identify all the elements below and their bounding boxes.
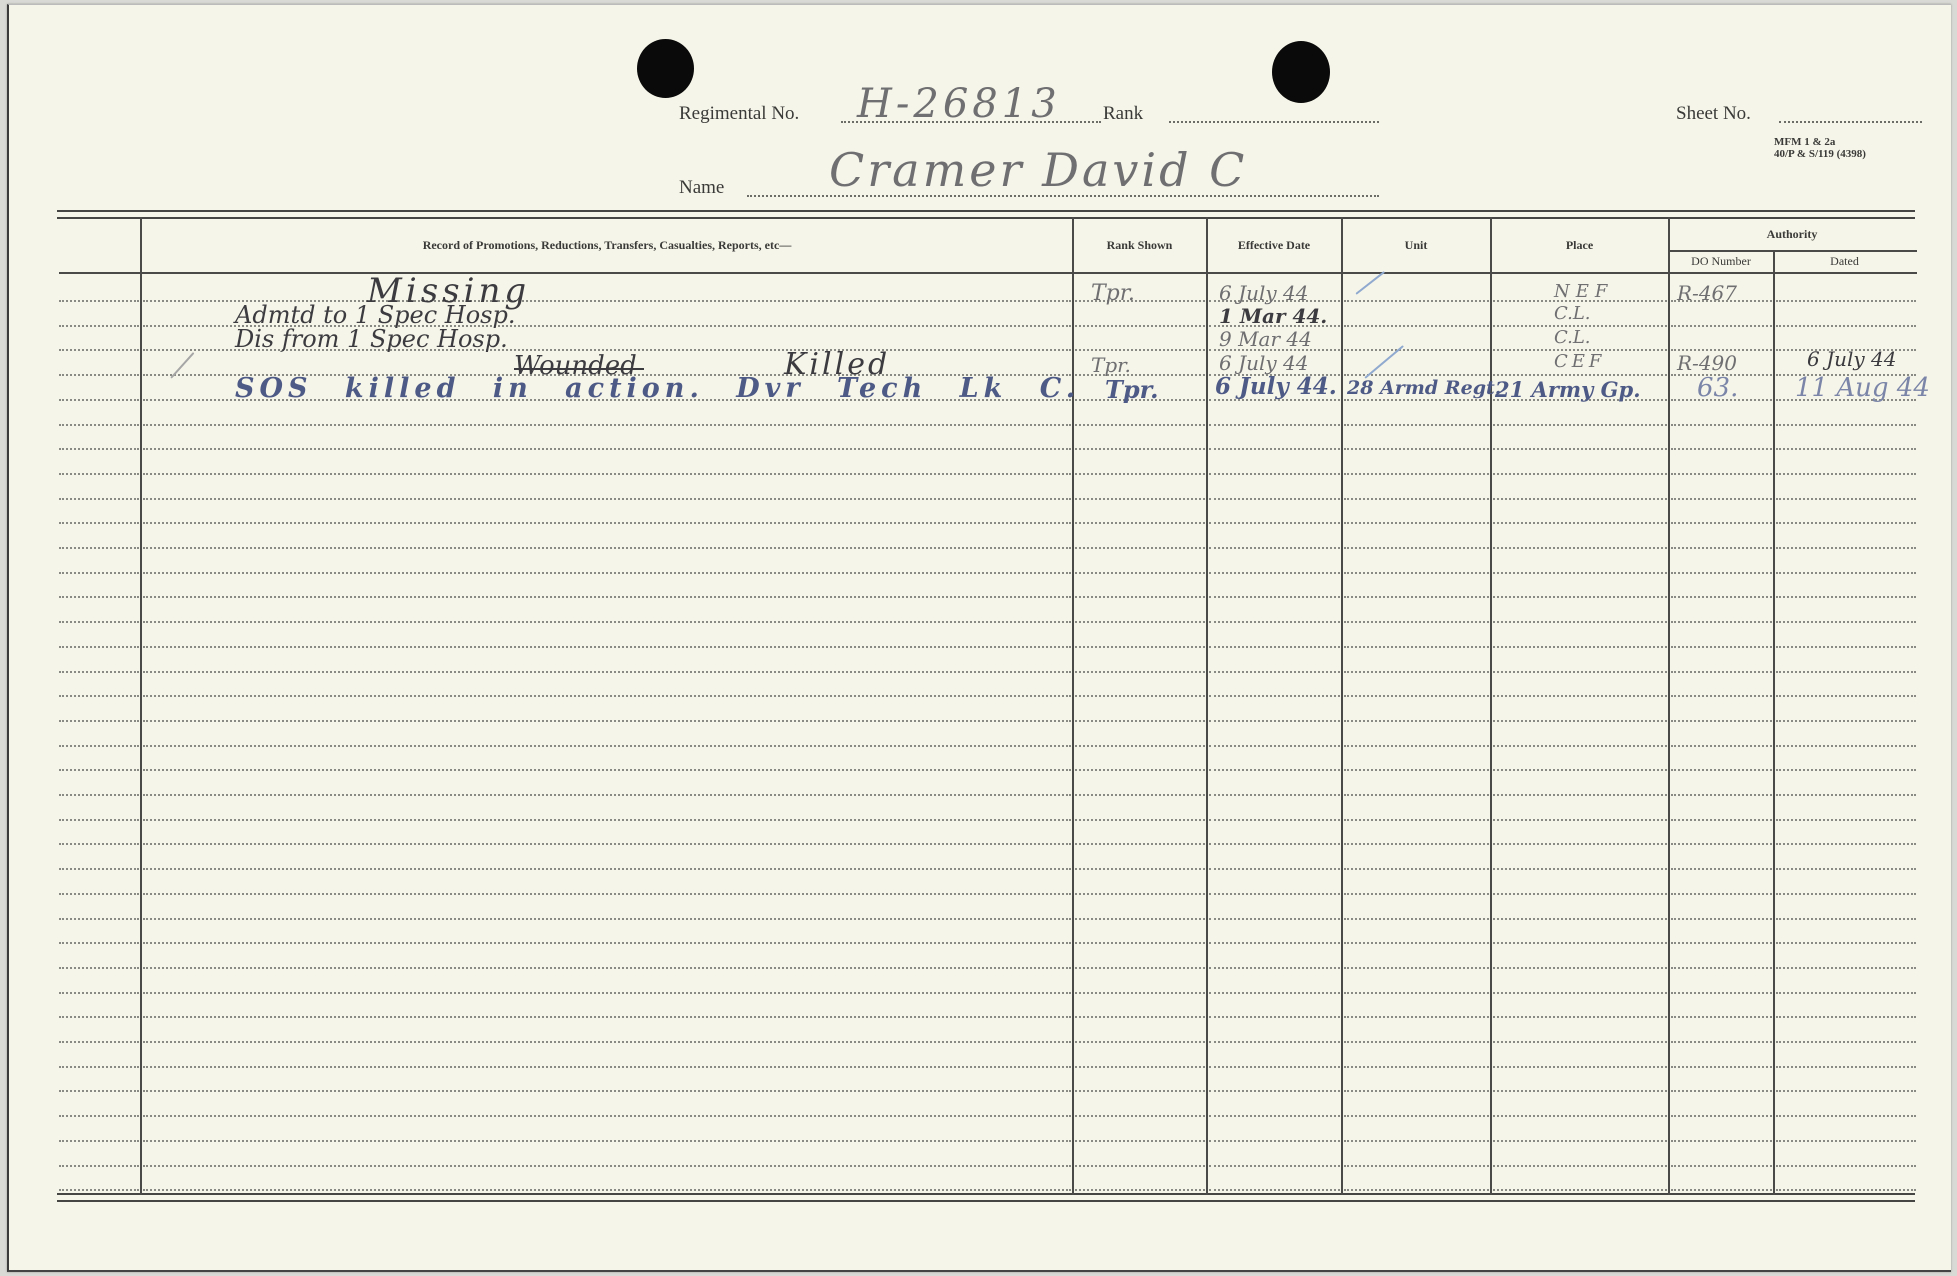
ruled-line	[143, 942, 1071, 944]
ruled-line	[1075, 1066, 1205, 1068]
ruled-line	[1493, 1041, 1667, 1043]
ruled-line	[59, 572, 139, 574]
ruled-line	[1075, 1041, 1205, 1043]
ruled-line	[1075, 646, 1205, 648]
ruled-line	[1776, 448, 1916, 450]
ruled-line	[143, 1090, 1071, 1092]
ruled-line	[1493, 1066, 1667, 1068]
ruled-line	[1209, 1016, 1340, 1018]
ruled-line	[143, 918, 1071, 920]
ruled-line	[1776, 1041, 1916, 1043]
ruled-line	[1671, 621, 1772, 623]
ruled-line	[1209, 522, 1340, 524]
ruled-line	[1493, 473, 1667, 475]
ruled-line	[1344, 868, 1489, 870]
ruled-line	[1493, 522, 1667, 524]
ruled-line	[1344, 572, 1489, 574]
ruled-line	[1671, 1066, 1772, 1068]
col-divider-unit	[1490, 217, 1492, 1195]
ruled-line	[1344, 794, 1489, 796]
col-header-do-number: DO Number	[1669, 254, 1773, 269]
ruled-line	[1671, 646, 1772, 648]
ruled-line	[1209, 868, 1340, 870]
ruled-line	[1075, 596, 1205, 598]
ruled-line	[1493, 596, 1667, 598]
ruled-line	[1209, 1165, 1340, 1167]
ruled-line	[1776, 769, 1916, 771]
ruled-line	[1493, 547, 1667, 549]
entry-5-place: 21 Army Gp.	[1495, 377, 1641, 402]
ruled-line	[1075, 349, 1205, 351]
entry-1-do-number: R-467	[1677, 281, 1737, 305]
entry-5-dated: 11 Aug 44	[1795, 373, 1930, 403]
ruled-line	[1493, 967, 1667, 969]
ruled-line	[143, 695, 1071, 697]
ruled-line	[1776, 893, 1916, 895]
entry-3-place: C.L.	[1554, 327, 1591, 348]
ruled-line	[1493, 794, 1667, 796]
ruled-line	[1671, 769, 1772, 771]
punch-hole-right	[1272, 41, 1330, 103]
ruled-line	[59, 1016, 139, 1018]
table-top-rule	[57, 210, 1915, 219]
ruled-line	[143, 819, 1071, 821]
ruled-line	[1493, 424, 1667, 426]
ruled-line	[1493, 893, 1667, 895]
ruled-line	[1493, 1165, 1667, 1167]
ruled-line	[59, 1115, 139, 1117]
ruled-line	[1209, 745, 1340, 747]
ruled-line	[1075, 1016, 1205, 1018]
ruled-line	[1493, 374, 1667, 376]
ruled-line	[143, 868, 1071, 870]
ruled-line	[1344, 992, 1489, 994]
ruled-line	[1344, 498, 1489, 500]
ruled-line	[1209, 893, 1340, 895]
entry-5-date: 6 July 44.	[1215, 373, 1337, 400]
ruled-line	[1671, 720, 1772, 722]
ruled-line	[1075, 745, 1205, 747]
ruled-line	[143, 1066, 1071, 1068]
ruled-line	[1776, 1140, 1916, 1142]
ruled-line	[1075, 671, 1205, 673]
ruled-line	[1209, 473, 1340, 475]
ruled-line	[59, 646, 139, 648]
ruled-line	[1671, 868, 1772, 870]
ruled-line	[1075, 424, 1205, 426]
ruled-line	[1776, 671, 1916, 673]
header-bottom-rule	[59, 272, 1917, 274]
ruled-line	[143, 572, 1071, 574]
ruled-line	[1075, 498, 1205, 500]
ruled-line	[1671, 794, 1772, 796]
ruled-line	[1776, 819, 1916, 821]
ruled-line	[59, 843, 139, 845]
ruled-line	[1776, 325, 1916, 327]
ruled-line	[59, 1066, 139, 1068]
ruled-line	[59, 992, 139, 994]
ruled-line	[59, 374, 139, 376]
ruled-line	[1344, 843, 1489, 845]
col-header-unit: Unit	[1342, 238, 1490, 253]
ruled-line	[1209, 448, 1340, 450]
form-code-line1: MFM 1 & 2a	[1774, 136, 1866, 148]
ruled-line	[1075, 720, 1205, 722]
col-header-place: Place	[1491, 238, 1668, 253]
ruled-line	[1075, 918, 1205, 920]
ruled-line	[1344, 942, 1489, 944]
sheet-no-field	[1779, 121, 1922, 123]
entry-4-do-number: R-490	[1677, 351, 1737, 375]
ruled-line	[1776, 1189, 1916, 1191]
ruled-line	[1493, 918, 1667, 920]
ruled-line	[1344, 1090, 1489, 1092]
ruled-line	[1209, 547, 1340, 549]
ruled-line	[1671, 992, 1772, 994]
ruled-line	[143, 473, 1071, 475]
ruled-line	[1209, 1090, 1340, 1092]
ruled-line	[1671, 893, 1772, 895]
ruled-line	[1209, 992, 1340, 994]
ruled-line	[1671, 942, 1772, 944]
ruled-line	[59, 794, 139, 796]
ruled-line	[59, 473, 139, 475]
ruled-line	[59, 745, 139, 747]
ruled-line	[1344, 695, 1489, 697]
ruled-line	[1344, 473, 1489, 475]
ruled-line	[59, 498, 139, 500]
entry-5-do-number: 63.	[1697, 373, 1738, 403]
ruled-line	[1776, 300, 1916, 302]
col-header-dated: Dated	[1774, 254, 1915, 269]
ruled-line	[1075, 1140, 1205, 1142]
ruled-line	[1671, 448, 1772, 450]
ruled-line	[1776, 794, 1916, 796]
entry-4-date: 6 July 44	[1219, 351, 1308, 375]
ruled-line	[143, 1165, 1071, 1167]
name-value: Cramer David C	[829, 143, 1247, 197]
rank-field	[1169, 121, 1379, 123]
ruled-line	[1776, 522, 1916, 524]
ruled-line	[1493, 621, 1667, 623]
ruled-line	[1671, 1090, 1772, 1092]
ruled-line	[59, 399, 139, 401]
col-divider-do-number	[1773, 251, 1775, 1195]
ruled-line	[1776, 498, 1916, 500]
col-header-rank-shown: Rank Shown	[1073, 238, 1206, 253]
ruled-line	[1075, 448, 1205, 450]
ruled-line	[1209, 794, 1340, 796]
col-header-authority: Authority	[1669, 227, 1915, 242]
col-header-effective-date: Effective Date	[1207, 238, 1341, 253]
ruled-line	[59, 424, 139, 426]
ruled-line	[1209, 596, 1340, 598]
ruled-line	[59, 769, 139, 771]
ruled-line	[59, 448, 139, 450]
service-record-card: Regimental No. H-26813 Rank Name Cramer …	[7, 4, 1951, 1272]
ruled-line	[1209, 769, 1340, 771]
ruled-line	[1671, 1115, 1772, 1117]
ruled-line	[59, 942, 139, 944]
ruled-line	[1493, 572, 1667, 574]
ruled-line	[1075, 473, 1205, 475]
ruled-line	[1344, 1140, 1489, 1142]
ruled-line	[1344, 522, 1489, 524]
ruled-line	[1671, 843, 1772, 845]
ruled-line	[1344, 1041, 1489, 1043]
ruled-line	[1344, 819, 1489, 821]
entry-2-place: C.L.	[1554, 303, 1591, 324]
ruled-line	[1776, 695, 1916, 697]
entry-1-place: NEF	[1554, 281, 1613, 302]
ruled-line	[1075, 942, 1205, 944]
ruled-line	[1493, 942, 1667, 944]
ruled-line	[143, 1041, 1071, 1043]
ruled-line	[59, 349, 139, 351]
ruled-line	[1344, 1165, 1489, 1167]
entry-3-record: Dis from 1 Spec Hosp.	[235, 325, 508, 353]
ruled-line	[59, 1140, 139, 1142]
ruled-line	[59, 325, 139, 327]
ruled-line	[143, 671, 1071, 673]
ruled-line	[1493, 1140, 1667, 1142]
ruled-line	[1493, 1189, 1667, 1191]
ruled-line	[1671, 1016, 1772, 1018]
ruled-line	[1671, 325, 1772, 327]
ruled-line	[1209, 1066, 1340, 1068]
ruled-line	[1776, 720, 1916, 722]
ruled-line	[59, 868, 139, 870]
ruled-line	[1776, 1115, 1916, 1117]
punch-hole-left	[637, 39, 694, 98]
ruled-line	[59, 300, 139, 302]
entry-3-date: 9 Mar 44	[1219, 327, 1312, 351]
ruled-line	[1776, 992, 1916, 994]
entry-1-rank: Tpr.	[1091, 281, 1135, 306]
ruled-line	[1075, 1115, 1205, 1117]
ruled-line	[1493, 1115, 1667, 1117]
ruled-line	[1344, 448, 1489, 450]
ruled-line	[1344, 720, 1489, 722]
ruled-line	[1344, 769, 1489, 771]
ruled-line	[59, 621, 139, 623]
ruled-line	[1776, 473, 1916, 475]
entry-5-unit: 28 Armd Regt.	[1347, 377, 1501, 399]
ruled-line	[1776, 621, 1916, 623]
ruled-line	[1776, 942, 1916, 944]
ruled-line	[1075, 1165, 1205, 1167]
ruled-line	[143, 1140, 1071, 1142]
regimental-no-label: Regimental No.	[679, 103, 799, 125]
ruled-line	[1209, 1140, 1340, 1142]
ruled-line	[1776, 967, 1916, 969]
ruled-line	[143, 893, 1071, 895]
ruled-line	[1344, 300, 1489, 302]
ruled-line	[1075, 992, 1205, 994]
ruled-line	[1671, 522, 1772, 524]
ruled-line	[143, 720, 1071, 722]
ruled-line	[1344, 424, 1489, 426]
ruled-line	[1344, 547, 1489, 549]
ruled-line	[1493, 720, 1667, 722]
ruled-line	[1209, 1041, 1340, 1043]
entry-4-dated: 6 July 44	[1807, 347, 1896, 371]
ruled-line	[59, 1090, 139, 1092]
entry-4-place: CEF	[1554, 351, 1605, 372]
name-label: Name	[679, 177, 724, 199]
ruled-line	[59, 547, 139, 549]
ruled-line	[1209, 967, 1340, 969]
ruled-line	[1075, 547, 1205, 549]
ruled-line	[1075, 1189, 1205, 1191]
ruled-line	[1075, 325, 1205, 327]
ruled-line	[1209, 942, 1340, 944]
ruled-line	[1671, 498, 1772, 500]
ruled-line	[1671, 1041, 1772, 1043]
ruled-line	[1493, 868, 1667, 870]
ruled-line	[1493, 646, 1667, 648]
ruled-line	[59, 893, 139, 895]
ruled-line	[1493, 448, 1667, 450]
ruled-line	[143, 522, 1071, 524]
ruled-line	[1671, 1189, 1772, 1191]
ruled-line	[59, 1041, 139, 1043]
ruled-line	[1075, 572, 1205, 574]
ruled-line	[1671, 967, 1772, 969]
ruled-line	[143, 1016, 1071, 1018]
ruled-line	[1671, 918, 1772, 920]
ruled-line	[1344, 596, 1489, 598]
ruled-line	[1344, 1016, 1489, 1018]
ruled-line	[1344, 1115, 1489, 1117]
ruled-line	[1075, 794, 1205, 796]
ruled-line	[1671, 424, 1772, 426]
ruled-line	[1344, 745, 1489, 747]
ruled-line	[1776, 1016, 1916, 1018]
ruled-line	[143, 769, 1071, 771]
ruled-line	[59, 522, 139, 524]
ruled-line	[1344, 325, 1489, 327]
ruled-line	[1075, 843, 1205, 845]
form-code-line2: 40/P & S/119 (4398)	[1774, 148, 1866, 160]
rank-label: Rank	[1103, 103, 1143, 125]
ruled-line	[143, 992, 1071, 994]
ruled-line	[143, 424, 1071, 426]
ruled-line	[1344, 621, 1489, 623]
ruled-line	[59, 695, 139, 697]
ruled-line	[1776, 596, 1916, 598]
ruled-line	[1493, 498, 1667, 500]
ruled-line	[143, 745, 1071, 747]
ruled-line	[1209, 1115, 1340, 1117]
ruled-line	[1075, 868, 1205, 870]
ruled-line	[143, 596, 1071, 598]
ruled-line	[1209, 720, 1340, 722]
col-header-record: Record of Promotions, Reductions, Transf…	[142, 238, 1072, 253]
col-divider-date	[1341, 217, 1343, 1195]
ruled-line	[1344, 646, 1489, 648]
ruled-line	[1776, 1090, 1916, 1092]
ruled-line	[59, 596, 139, 598]
ruled-line	[1493, 1016, 1667, 1018]
ruled-line	[1344, 671, 1489, 673]
ruled-line	[1075, 1090, 1205, 1092]
entry-1-date: 6 July 44	[1219, 281, 1308, 305]
ruled-line	[1344, 893, 1489, 895]
ruled-line	[59, 671, 139, 673]
ruled-line	[59, 819, 139, 821]
ruled-line	[143, 794, 1071, 796]
ruled-line	[1493, 745, 1667, 747]
ruled-line	[1493, 819, 1667, 821]
table-bottom-rule	[57, 1193, 1915, 1202]
ruled-line	[1776, 572, 1916, 574]
ruled-line	[1344, 1066, 1489, 1068]
ruled-line	[1209, 671, 1340, 673]
ruled-line	[1493, 695, 1667, 697]
ruled-line	[1776, 1066, 1916, 1068]
ruled-line	[1776, 1165, 1916, 1167]
ruled-line	[1209, 843, 1340, 845]
ruled-line	[59, 1165, 139, 1167]
ruled-line	[143, 498, 1071, 500]
ruled-line	[1209, 646, 1340, 648]
ruled-line	[1493, 992, 1667, 994]
ruled-line	[1493, 671, 1667, 673]
strikethrough-wounded	[514, 368, 644, 370]
ruled-line	[1493, 769, 1667, 771]
ruled-line	[59, 918, 139, 920]
col-divider-rank	[1206, 217, 1208, 1195]
ruled-line	[143, 1189, 1071, 1191]
regimental-no-value: H-26813	[857, 81, 1061, 127]
ruled-line	[1671, 1140, 1772, 1142]
ruled-line	[1671, 1165, 1772, 1167]
ruled-line	[1671, 596, 1772, 598]
ruled-line	[1075, 695, 1205, 697]
entry-4-rank: Tpr.	[1091, 353, 1131, 377]
col-divider-margin	[140, 217, 142, 1195]
ruled-line	[143, 646, 1071, 648]
ruled-line	[143, 547, 1071, 549]
ruled-line	[1209, 621, 1340, 623]
ruled-line	[59, 967, 139, 969]
ruled-line	[1209, 819, 1340, 821]
ruled-line	[1209, 572, 1340, 574]
ruled-line	[143, 1115, 1071, 1117]
ruled-line	[1344, 918, 1489, 920]
entry-5-record: SOS killed in action. Dvr Tech Lk C.	[235, 373, 1080, 404]
ruled-line	[1209, 695, 1340, 697]
ruled-line	[1671, 745, 1772, 747]
ruled-line	[1209, 498, 1340, 500]
ruled-line	[1493, 1090, 1667, 1092]
ruled-line	[1344, 967, 1489, 969]
ruled-line	[1671, 572, 1772, 574]
ruled-line	[1776, 646, 1916, 648]
ruled-line	[1075, 769, 1205, 771]
ruled-line	[1493, 843, 1667, 845]
ruled-line	[1075, 967, 1205, 969]
ruled-line	[1776, 843, 1916, 845]
ruled-line	[1344, 349, 1489, 351]
ruled-line	[1776, 918, 1916, 920]
ruled-line	[1209, 1189, 1340, 1191]
ruled-line	[1209, 918, 1340, 920]
sheet-no-label: Sheet No.	[1676, 103, 1751, 125]
ruled-line	[1075, 893, 1205, 895]
ruled-line	[143, 621, 1071, 623]
